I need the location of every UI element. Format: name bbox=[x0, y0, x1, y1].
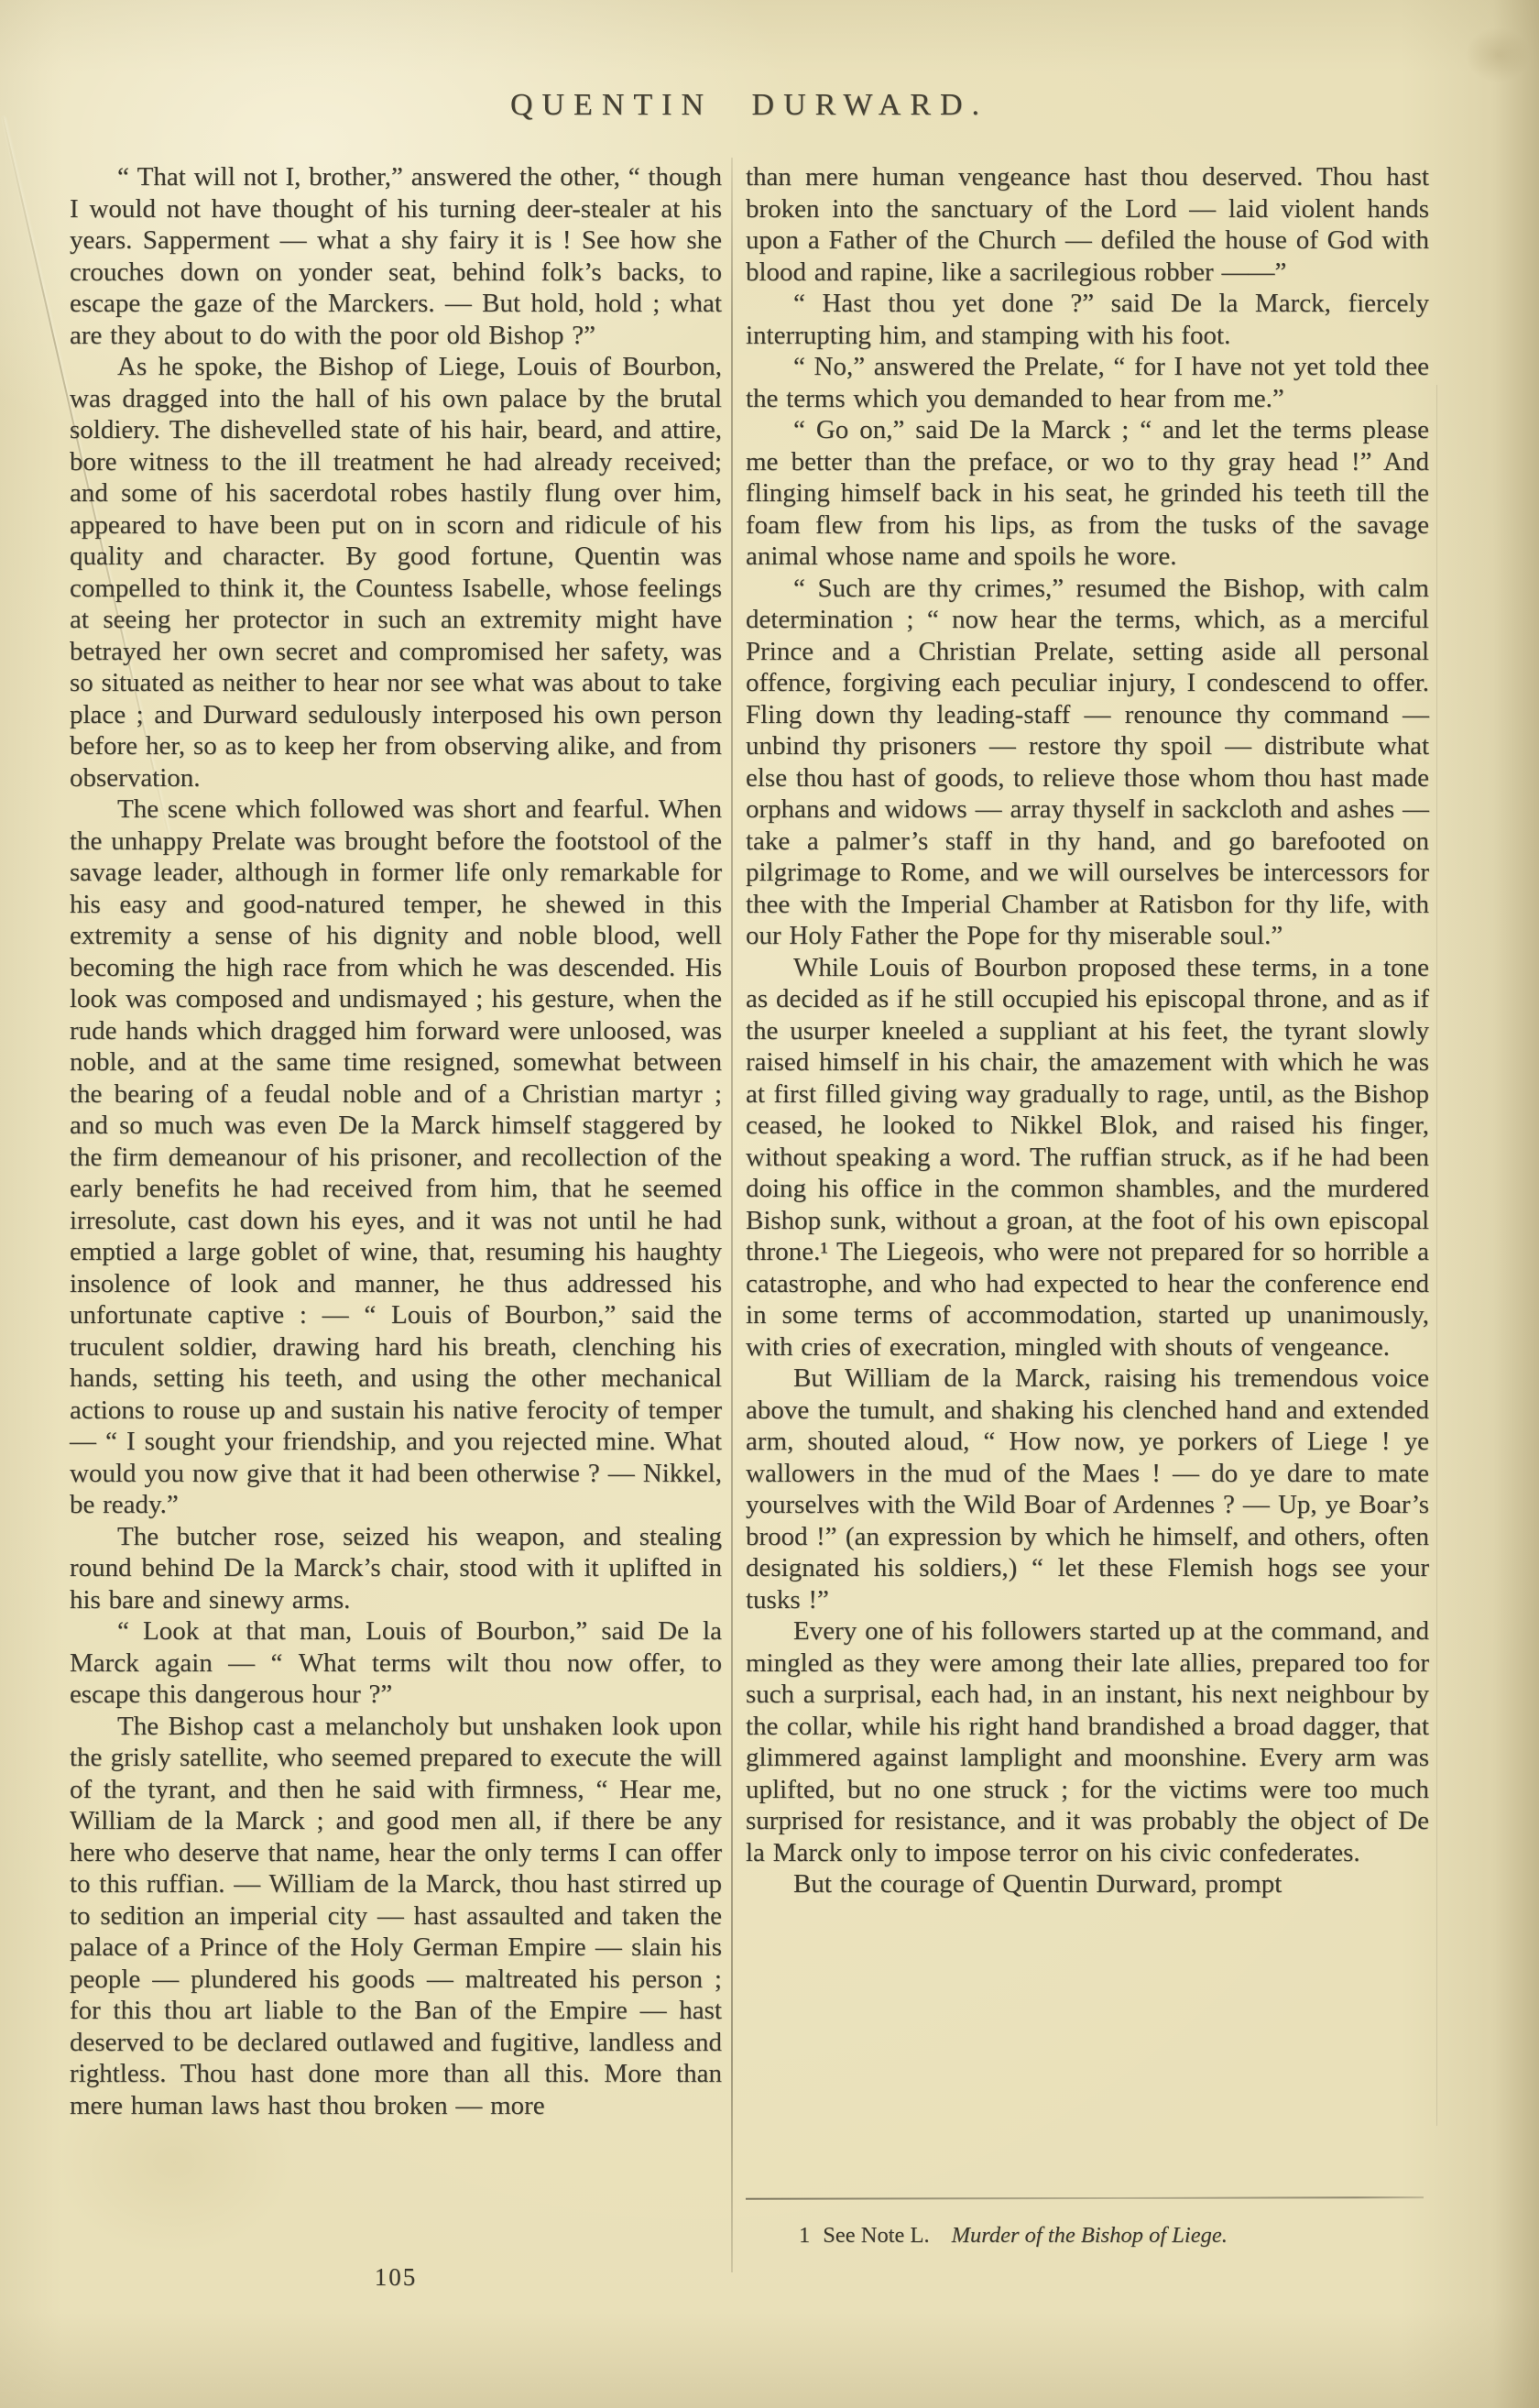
paragraph: “ Such are thy crimes,” resumed the Bish… bbox=[746, 573, 1429, 952]
right-margin-shadow-line bbox=[1436, 385, 1437, 2126]
page-number: 105 bbox=[70, 2263, 722, 2292]
paragraph: The Bishop cast a melancholy but unshake… bbox=[70, 1711, 722, 2122]
column-divider-rule bbox=[731, 158, 733, 2272]
paragraph: “ Hast thou yet done ?” said De la Marck… bbox=[746, 288, 1429, 351]
left-text-column: “ That will not I, brother,” answered th… bbox=[70, 161, 722, 2121]
paragraph: Every one of his followers started up at… bbox=[746, 1615, 1429, 1868]
paragraph: But William de la Marck, raising his tre… bbox=[746, 1363, 1429, 1615]
paragraph: But the courage of Quentin Durward, prom… bbox=[746, 1868, 1429, 1900]
scanned-book-page: { "page": { "header_title": "QUENTIN DUR… bbox=[0, 0, 1539, 2408]
footnote: 1See Note L.Murder of the Bishop of Lieg… bbox=[746, 2223, 1424, 2249]
paragraph: As he spoke, the Bishop of Liege, Louis … bbox=[70, 351, 722, 794]
paper-stain bbox=[1466, 27, 1530, 82]
paragraph: The scene which followed was short and f… bbox=[70, 794, 722, 1521]
paragraph: The butcher rose, seized his weapon, and… bbox=[70, 1521, 722, 1616]
page-header-title: QUENTIN DURWARD. bbox=[70, 88, 1429, 123]
footnote-marker: 1 bbox=[799, 2223, 810, 2248]
footnote-separator-rule bbox=[746, 2196, 1424, 2200]
footnote-label: See Note L. bbox=[823, 2223, 929, 2248]
paragraph: “ No,” answered the Prelate, “ for I hav… bbox=[746, 351, 1429, 414]
paragraph: “ Look at that man, Louis of Bourbon,” s… bbox=[70, 1615, 722, 1711]
paragraph: than mere human vengeance hast thou dese… bbox=[746, 161, 1429, 288]
paragraph: While Louis of Bourbon proposed these te… bbox=[746, 952, 1429, 1363]
right-text-column: than mere human vengeance hast thou dese… bbox=[746, 161, 1429, 1900]
paragraph: “ That will not I, brother,” answered th… bbox=[70, 161, 722, 351]
footnote-block: 1See Note L.Murder of the Bishop of Lieg… bbox=[746, 2197, 1424, 2249]
paragraph: “ Go on,” said De la Marck ; “ and let t… bbox=[746, 414, 1429, 573]
footnote-work-title: Murder of the Bishop of Liege. bbox=[952, 2223, 1228, 2248]
